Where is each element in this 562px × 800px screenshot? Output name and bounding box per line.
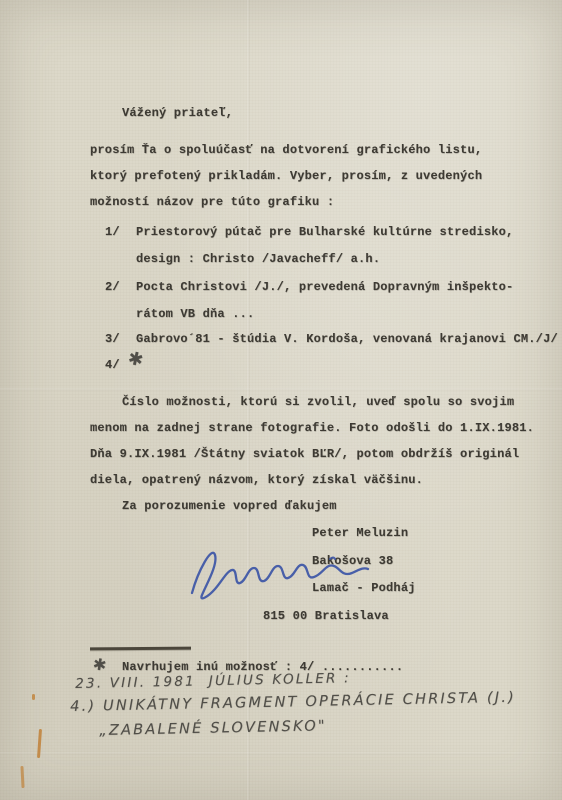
horizontal-fold-crease: [0, 388, 562, 391]
handwritten-title-line1: 4.) UNIKÁTNY FRAGMENT OPERÁCIE CHRISTA (…: [70, 690, 516, 715]
paragraph1-line: ktorý prefotený prikladám. Vyber, prosím…: [90, 169, 482, 183]
paragraph2-line: Číslo možnosti, ktorú si zvolil, uveď sp…: [122, 395, 514, 409]
paragraph2-line: diela, opatrený názvom, ktorý získal väč…: [90, 473, 423, 487]
handwritten-title-line2: „ZABALENÉ SLOVENSKO": [99, 718, 327, 739]
option-row: 1/Priestorový pútač pre Bulharské kultúr…: [105, 225, 513, 239]
handwritten-asterisk-mark: ✱: [126, 348, 145, 372]
option-continuation: design : Christo /Javacheff/ a.h.: [136, 252, 380, 266]
paragraph1-line: prosím Ťa o spoluúčasť na dotvorení graf…: [90, 143, 482, 157]
option-row: 2/Pocta Christovi /J./, prevedená Doprav…: [105, 280, 513, 294]
option-row: 3/Gabrovo´81 - štúdia V. Kordoša, venova…: [105, 332, 558, 346]
signature: [182, 533, 387, 613]
signature-scribble: [182, 533, 387, 613]
option-number: 3/: [105, 332, 136, 346]
rust-stain: [20, 766, 24, 788]
paragraph1-line: možností názov pre túto grafiku :: [90, 195, 334, 209]
handwritten-date-line: 23. VIII. 1981 JÚLIUS KOLLER :: [75, 670, 351, 692]
footnote-asterisk-mark: ✱: [92, 654, 108, 675]
option-text: Priestorový pútač pre Bulharské kultúrne…: [136, 225, 513, 239]
footnote-separator-line: [90, 647, 191, 650]
option-text: Pocta Christovi /J./, prevedená Dopravný…: [136, 280, 513, 294]
rust-stain: [32, 694, 35, 700]
salutation: Vážený priateľ,: [122, 106, 233, 120]
option-number: 2/: [105, 280, 136, 294]
letter-page: Vážený priateľ, prosím Ťa o spoluúčasť n…: [0, 0, 562, 800]
horizontal-fold-crease-lower: [0, 752, 562, 755]
closing-line: Za porozumenie vopred ďakujem: [122, 499, 337, 513]
option-continuation: rátom VB dňa ...: [136, 307, 254, 321]
paragraph2-line: menom na zadnej strane fotografie. Foto …: [90, 421, 534, 435]
option-number: 4/: [105, 358, 120, 372]
option-number: 1/: [105, 225, 136, 239]
option-text: Gabrovo´81 - štúdia V. Kordoša, venovaná…: [136, 332, 558, 346]
paragraph2-line: Dňa 9.IX.1981 /Štátny sviatok BĽR/, poto…: [90, 447, 519, 461]
